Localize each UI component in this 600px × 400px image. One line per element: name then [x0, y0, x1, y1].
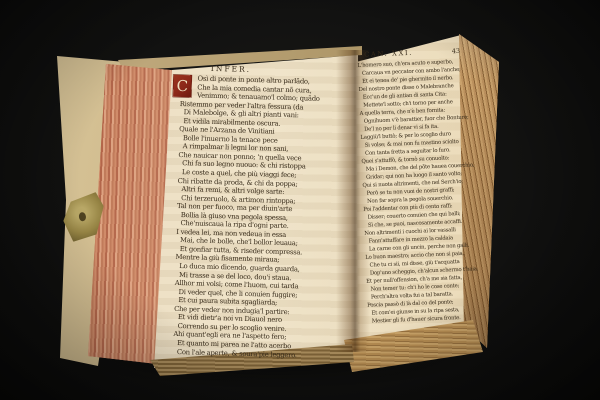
- left-verse-column: Osì di ponte in ponte altro parlãdo,Che …: [173, 74, 353, 361]
- right-verse-column: L'homero suo, ch'era acuto e superbo,Car…: [357, 58, 471, 326]
- drop-cap-initial: C: [173, 75, 192, 97]
- left-page-text: C INFER. Osì di ponte in ponte altro par…: [173, 63, 353, 361]
- book-photo: C INFER. Osì di ponte in ponte altro par…: [0, 0, 600, 400]
- folio-number: 43: [452, 47, 461, 55]
- running-head-right: CAN. XXI.: [364, 49, 413, 59]
- right-page-text: CAN. XXI. 43 L'homero suo, ch'era acuto …: [357, 47, 471, 326]
